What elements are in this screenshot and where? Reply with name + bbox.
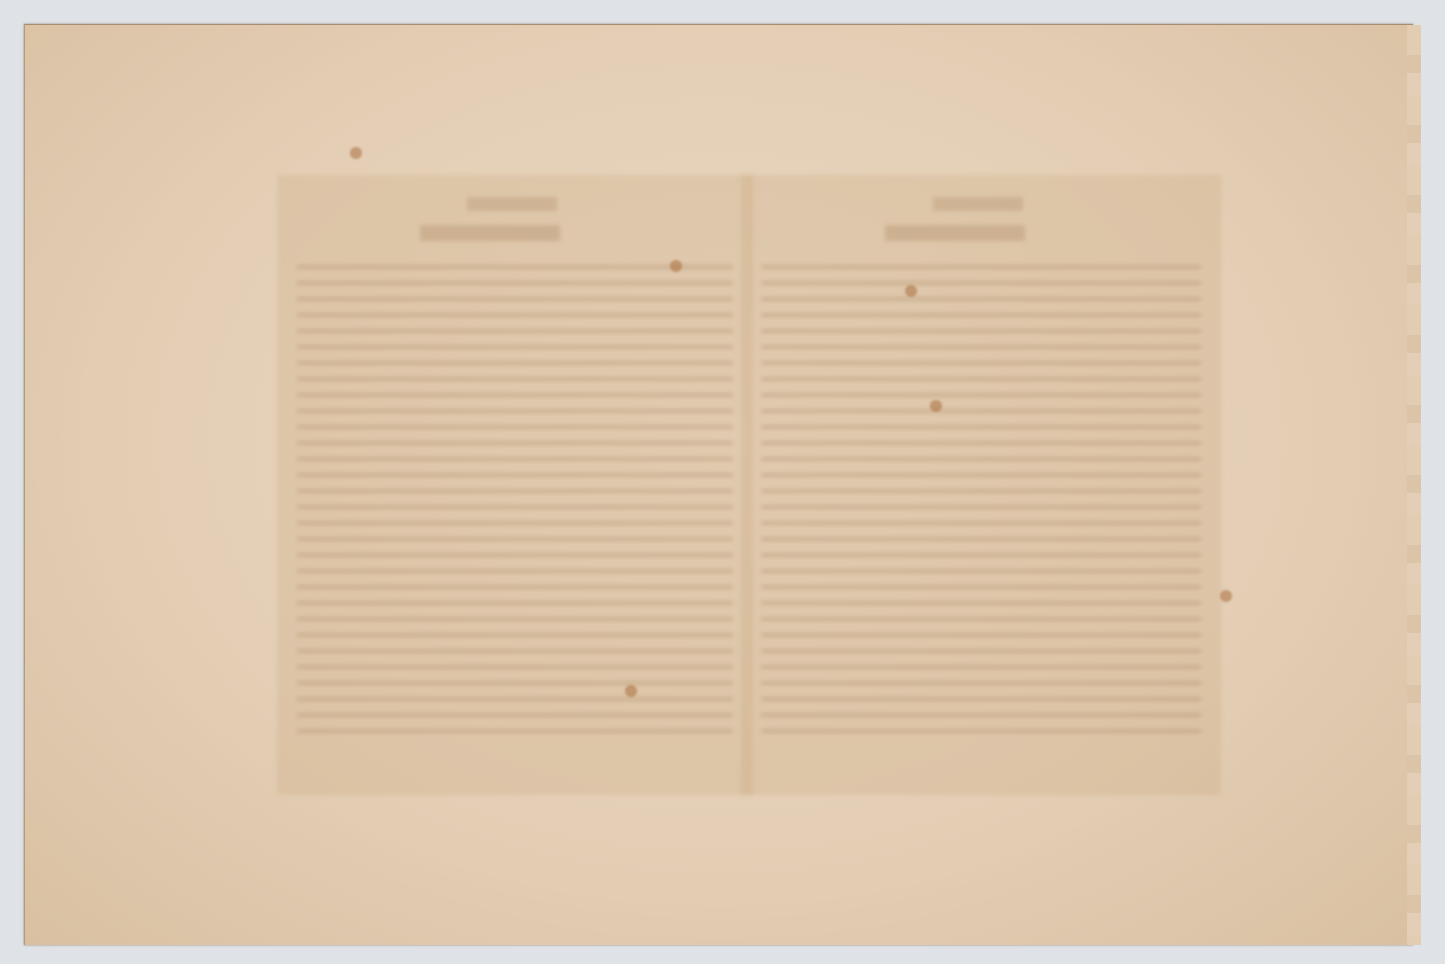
bleed-through-column-right — [741, 175, 1221, 795]
foxing-spot — [1220, 590, 1232, 602]
foxing-spot — [625, 685, 637, 697]
mirrored-text-lines — [297, 265, 733, 735]
foxing-spot — [670, 260, 682, 272]
foxing-spot — [930, 400, 942, 412]
mirrored-subheading — [420, 225, 560, 241]
deckled-edge — [1407, 25, 1421, 945]
mirrored-subheading — [885, 225, 1025, 241]
mirrored-heading — [467, 197, 557, 211]
foxing-spot — [905, 285, 917, 297]
mirrored-heading — [933, 197, 1023, 211]
foxing-spot — [350, 147, 362, 159]
paper-sheet — [24, 24, 1413, 945]
mirrored-text-lines — [761, 265, 1201, 735]
